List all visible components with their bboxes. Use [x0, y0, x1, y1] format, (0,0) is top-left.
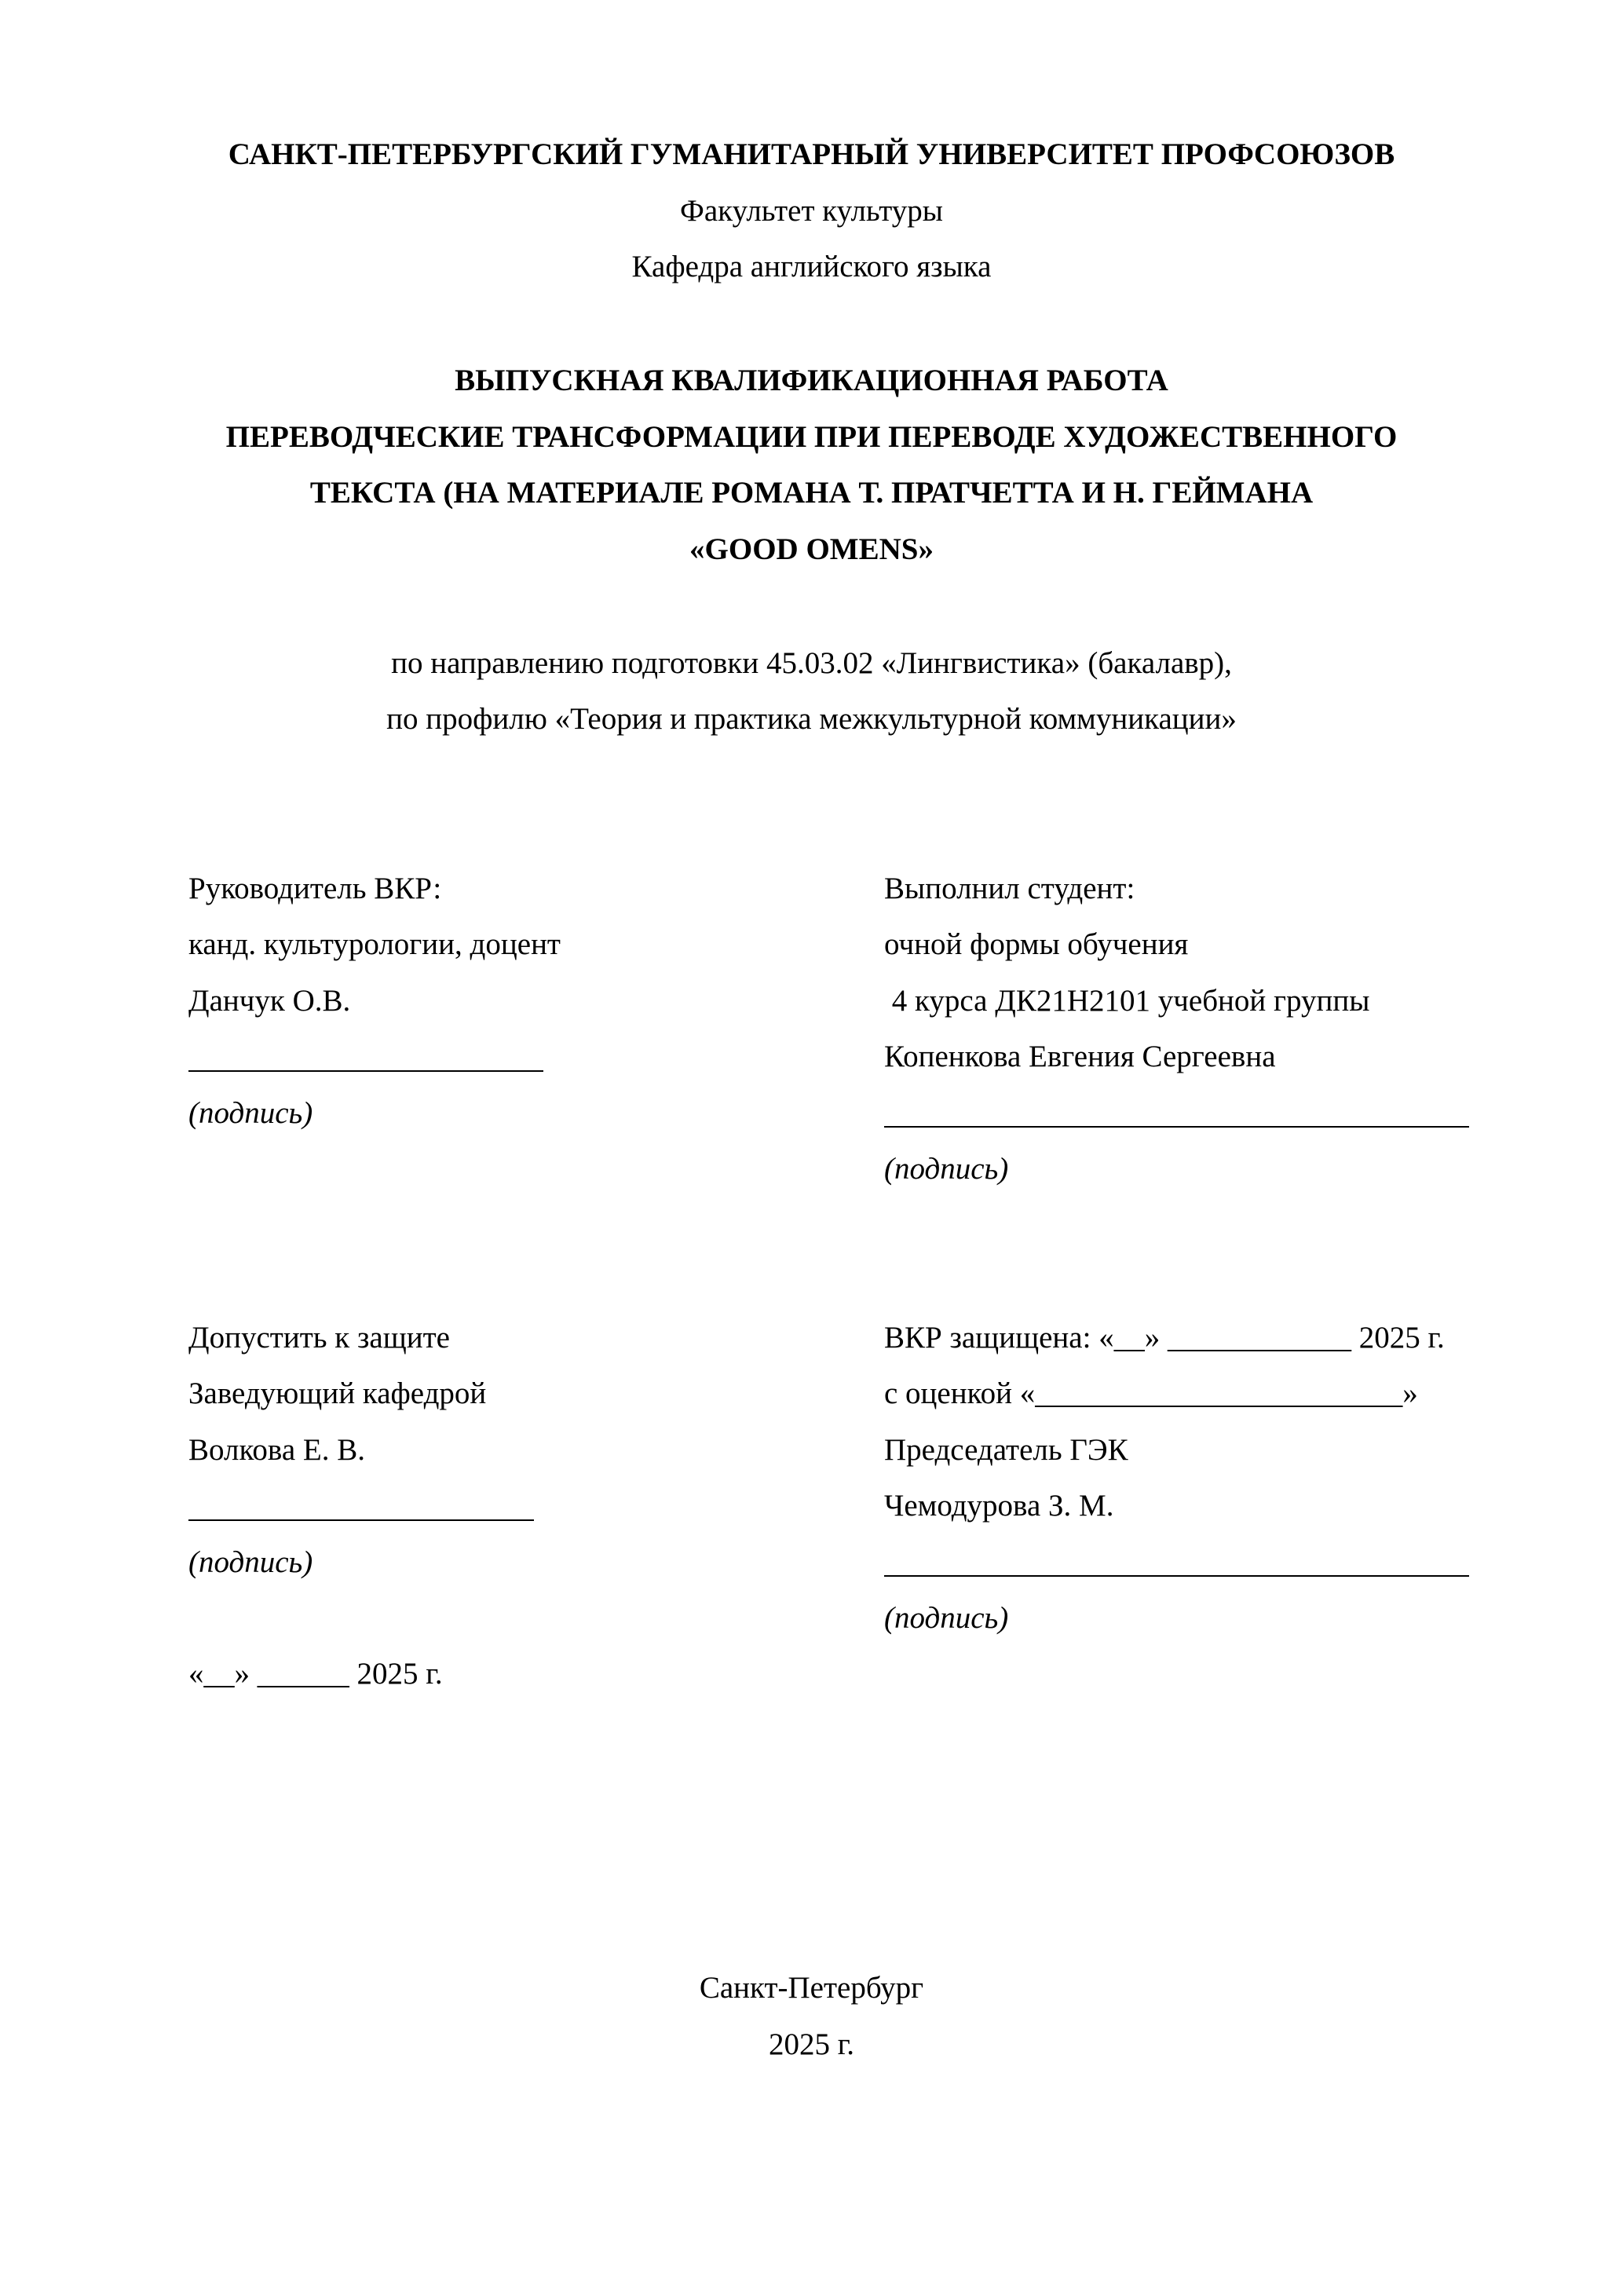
faculty-name: Факультет культуры: [0, 196, 1623, 226]
thesis-title-line-1: ПЕРЕВОДЧЕСКИЕ ТРАНСФОРМАЦИИ ПРИ ПЕРЕВОДЕ…: [0, 422, 1623, 452]
student-label: Выполнил студент:: [884, 873, 1135, 904]
head-signature-caption: (подпись): [188, 1547, 313, 1578]
admission-label: Допустить к защите: [188, 1322, 450, 1353]
defense-date: ВКР защищена: «__» ____________ 2025 г.: [884, 1322, 1445, 1353]
thesis-title-line-2: ТЕКСТА (НА МАТЕРИАЛЕ РОМАНА Т. ПРАТЧЕТТА…: [0, 477, 1623, 508]
city: Санкт-Петербург: [0, 1972, 1623, 2003]
head-signature-line: [188, 1519, 534, 1521]
title-page: САНКТ-ПЕТЕРБУРГСКИЙ ГУМАНИТАРНЫЙ УНИВЕРС…: [0, 0, 1623, 2296]
supervisor-signature-line: [188, 1070, 543, 1072]
defense-grade: с оценкой «________________________»: [884, 1378, 1418, 1409]
university-name: САНКТ-ПЕТЕРБУРГСКИЙ ГУМАНИТАРНЫЙ УНИВЕРС…: [0, 139, 1623, 170]
admission-date: «__» ______ 2025 г.: [188, 1658, 443, 1689]
supervisor-degree: канд. культурологии, доцент: [188, 929, 561, 960]
commission-chair-name: Чемодурова З. М.: [884, 1490, 1113, 1521]
program-profile: по профилю «Теория и практика межкультур…: [0, 704, 1623, 734]
student-study-form: очной формы обучения: [884, 929, 1188, 960]
year: 2025 г.: [0, 2029, 1623, 2060]
thesis-title-line-3: «GOOD OMENS»: [0, 534, 1623, 565]
chair-signature-caption: (подпись): [884, 1603, 1008, 1633]
student-signature-line: [884, 1126, 1469, 1128]
student-name: Копенкова Евгения Сергеевна: [884, 1041, 1276, 1072]
supervisor-label: Руководитель ВКР:: [188, 873, 441, 904]
work-type: ВЫПУСКНАЯ КВАЛИФИКАЦИОННАЯ РАБОТА: [0, 365, 1623, 396]
department-name: Кафедра английского языка: [0, 251, 1623, 282]
program-direction: по направлению подготовки 45.03.02 «Линг…: [0, 648, 1623, 678]
supervisor-signature-caption: (подпись): [188, 1098, 313, 1128]
chair-signature-line: [884, 1575, 1469, 1577]
head-of-department-name: Волкова Е. В.: [188, 1435, 365, 1465]
supervisor-name: Данчук О.В.: [188, 985, 350, 1016]
commission-chair-label: Председатель ГЭК: [884, 1435, 1128, 1465]
head-of-department-label: Заведующий кафедрой: [188, 1378, 486, 1409]
student-signature-caption: (подпись): [884, 1153, 1008, 1184]
student-group: 4 курса ДК21Н2101 учебной группы: [884, 985, 1369, 1016]
